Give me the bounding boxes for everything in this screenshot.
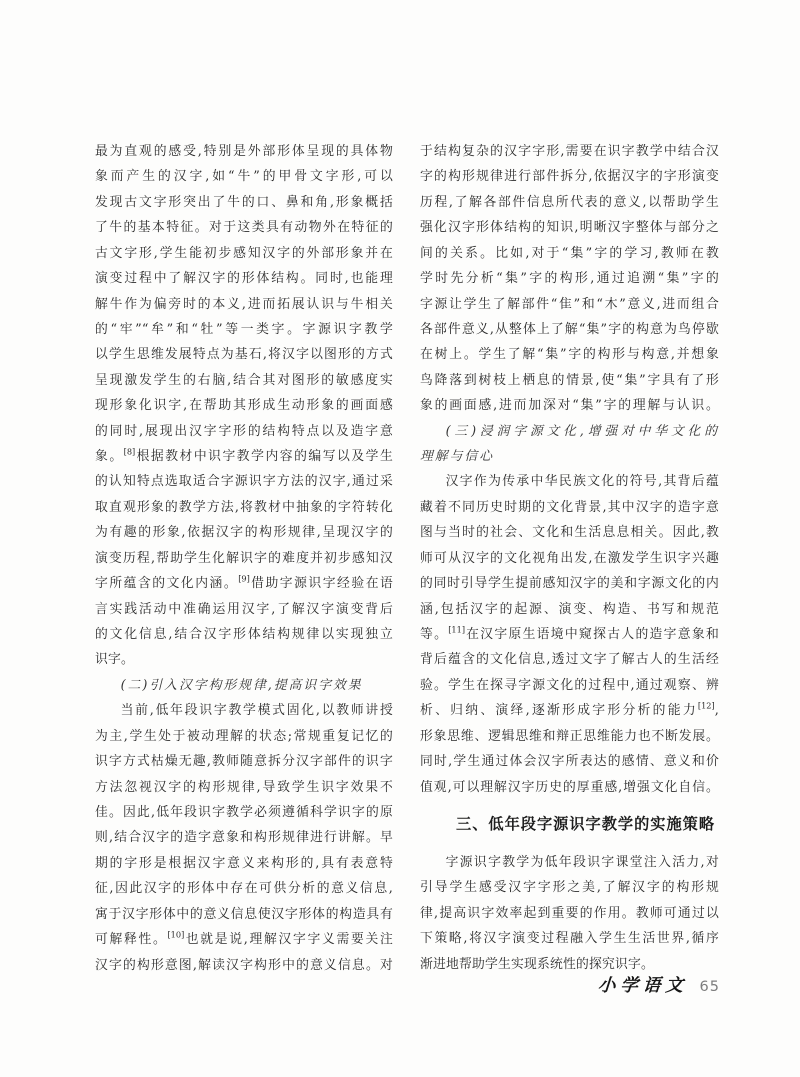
text-line: 以学生思维发展特点为基石,将汉字以图形的方式 bbox=[95, 342, 393, 367]
citation-ref: [8] bbox=[124, 447, 136, 457]
text-line: 师可从汉字的文化视角出发,在激发学生识字兴趣 bbox=[420, 546, 719, 571]
text-line: 等。[11]在汉字原生语境中窥探古人的造字意象和 bbox=[420, 622, 719, 647]
text-line: 征,因此汉字的形体中存在可供分析的意义信息, bbox=[95, 876, 393, 901]
text-line: 律,提高识字效率起到重要的作用。教师可通过以 bbox=[420, 901, 719, 926]
text-line: 为主,学生处于被动理解的状态;常规重复记忆的 bbox=[95, 724, 393, 749]
text-line: 为有趣的形象,依据汉字的构形规律,呈现汉字的 bbox=[95, 520, 393, 545]
text-line: 的认知特点选取适合字源识字方法的汉字,通过采 bbox=[95, 469, 393, 494]
citation-ref: [10] bbox=[167, 930, 184, 940]
text-line: 引导学生感受汉字字形之美,了解汉字的构形规 bbox=[420, 875, 719, 900]
text-line: 各部件意义,从整体上了解“集”字的构意为鸟停歇 bbox=[420, 317, 719, 342]
subsection-heading-line: (二)引入汉字构形规律,提高识字效果 bbox=[95, 673, 393, 698]
text-line: 象。[8]根据教材中识字教学内容的编写以及学生 bbox=[95, 444, 393, 469]
text-line: 识字方式枯燥无趣,教师随意拆分汉字部件的识字 bbox=[95, 749, 393, 774]
text-line: 背后蕴含的文化信息,透过文字了解古人的生活经 bbox=[420, 647, 719, 672]
text-line: 字的构形规律进行部件拆分,依据汉字的字形演变 bbox=[420, 164, 719, 189]
text-line: 象的画面感,进而加深对“集”字的理解与认识。 bbox=[420, 393, 719, 418]
text-line: 汉字作为传承中华民族文化的符号,其背后蕴 bbox=[420, 469, 719, 494]
text-line: 汉字的构形意图,解读汉字构形中的意义信息。对 bbox=[95, 953, 393, 978]
subsection-heading-line: 理解与信心 bbox=[420, 444, 719, 469]
text-line: 可解释性。[10]也就是说,理解汉字字义需要关注 bbox=[95, 927, 393, 952]
subsection-heading-line: (三)浸润字源文化,增强对中华文化的 bbox=[420, 419, 719, 444]
citation-ref: [11] bbox=[448, 625, 465, 635]
text-line: 现形象化识字,在帮助其形成生动形象的画面感 bbox=[95, 393, 393, 418]
text-line: 演变历程,帮助学生化解识字的难度并初步感知汉 bbox=[95, 546, 393, 571]
journal-name: 小学语文 bbox=[597, 972, 689, 997]
text-line: 的“牢”“牟”和“牡”等一类字。字源识字教学 bbox=[95, 317, 393, 342]
text-line: 间的关系。比如,对于“集”字的学习,教师在教 bbox=[420, 241, 719, 266]
text-line: 历程,了解各部件信息所代表的意义,以帮助学生 bbox=[420, 190, 719, 215]
text-line: 下策略,将汉字演变过程融入学生生活世界,循序 bbox=[420, 926, 719, 951]
page-footer: 小学语文 65 bbox=[598, 972, 720, 997]
text-line: 形象思维、逻辑思维和辩正思维能力也不断发展。 bbox=[420, 724, 719, 749]
text-line: 发现古文字形突出了牛的口、鼻和角,形象概括 bbox=[95, 190, 393, 215]
text-line: 藏着不同历史时期的文化背景,其中汉字的造字意 bbox=[420, 495, 719, 520]
text-line: 学时先分析“集”字的构形,通过追溯“集”字的 bbox=[420, 266, 719, 291]
text-line: 值观,可以理解汉字历史的厚重感,增强文化自信。 bbox=[420, 775, 719, 800]
text-line: 最为直观的感受,特别是外部形体呈现的具体物 bbox=[95, 139, 393, 164]
text-line: 在树上。学生了解“集”字的构形与构意,并想象 bbox=[420, 342, 719, 367]
text-line: 佳。因此,低年段识字教学必须遵循科学识字的原 bbox=[95, 800, 393, 825]
text-line: 于结构复杂的汉字字形,需要在识字教学中结合汉 bbox=[420, 139, 719, 164]
text-line: 涵,包括汉字的起源、演变、构造、书写和规范 bbox=[420, 597, 719, 622]
text-line: 当前,低年段识字教学模式固化,以教师讲授 bbox=[95, 698, 393, 723]
text-line: 字源让学生了解部件“隹”和“木”意义,进而组合 bbox=[420, 292, 719, 317]
text-line: 寓于汉字形体中的意义信息使汉字形体的构造具有 bbox=[95, 902, 393, 927]
text-line: 象而产生的汉字,如“牛”的甲骨文字形,可以 bbox=[95, 164, 393, 189]
text-line: 解牛作为偏旁时的本义,进而拓展认识与牛相关 bbox=[95, 292, 393, 317]
text-line: 的文化信息,结合汉字形体结构规律以实现独立 bbox=[95, 622, 393, 647]
text-line: 字所蕴含的文化内涵。[9]借助字源识字经验在语 bbox=[95, 571, 393, 596]
text-line: 期的字形是根据汉字意义来构形的,具有表意特 bbox=[95, 851, 393, 876]
text-line: 识字。 bbox=[95, 647, 393, 672]
section-heading: 三、低年段字源识字教学的实施策略 bbox=[420, 811, 719, 838]
text-line: 强化汉字形体结构的知识,明晰汉字整体与部分之 bbox=[420, 215, 719, 240]
citation-ref: [9] bbox=[238, 574, 250, 584]
text-line: 验。学生在探寻字源文化的过程中,通过观察、辨 bbox=[420, 673, 719, 698]
text-line: 字源识字教学为低年段识字课堂注入活力,对 bbox=[420, 850, 719, 875]
text-line: 演变过程中了解汉字的形体结构。同时,也能理 bbox=[95, 266, 393, 291]
right-text-column: 于结构复杂的汉字字形,需要在识字教学中结合汉字的构形规律进行部件拆分,依据汉字的… bbox=[420, 139, 719, 977]
text-line: 析、归纳、演绎,逐渐形成字形分析的能力[12], bbox=[420, 698, 719, 723]
text-line: 言实践活动中准确运用汉字,了解汉字演变背后 bbox=[95, 597, 393, 622]
journal-page: 最为直观的感受,特别是外部形体呈现的具体物象而产生的汉字,如“牛”的甲骨文字形,… bbox=[0, 0, 800, 1077]
left-text-column: 最为直观的感受,特别是外部形体呈现的具体物象而产生的汉字,如“牛”的甲骨文字形,… bbox=[95, 139, 393, 978]
text-line: 同时,学生通过体会汉字所表达的感情、意义和价 bbox=[420, 749, 719, 774]
citation-ref: [12] bbox=[698, 701, 715, 711]
text-line: 方法忽视汉字的构形规律,导致学生识字效果不 bbox=[95, 775, 393, 800]
text-line: 的同时,展现出汉字字形的结构特点以及造字意 bbox=[95, 419, 393, 444]
text-line: 鸟降落到树枝上栖息的情景,使“集”字具有了形 bbox=[420, 368, 719, 393]
text-line: 取直观形象的教学方法,将教材中抽象的字符转化 bbox=[95, 495, 393, 520]
text-line: 古文字形,学生能初步感知汉字的外部形象并在 bbox=[95, 241, 393, 266]
text-line: 图与当时的社会、文化和生活息息相关。因此,教 bbox=[420, 520, 719, 545]
text-line: 则,结合汉字的造字意象和构形规律进行讲解。早 bbox=[95, 825, 393, 850]
page-number: 65 bbox=[700, 979, 720, 995]
text-line: 呈现激发学生的右脑,结合其对图形的敏感度实 bbox=[95, 368, 393, 393]
text-line: 了牛的基本特征。对于这类具有动物外在特征的 bbox=[95, 215, 393, 240]
text-line: 的同时引导学生提前感知汉字的美和字源文化的内 bbox=[420, 571, 719, 596]
